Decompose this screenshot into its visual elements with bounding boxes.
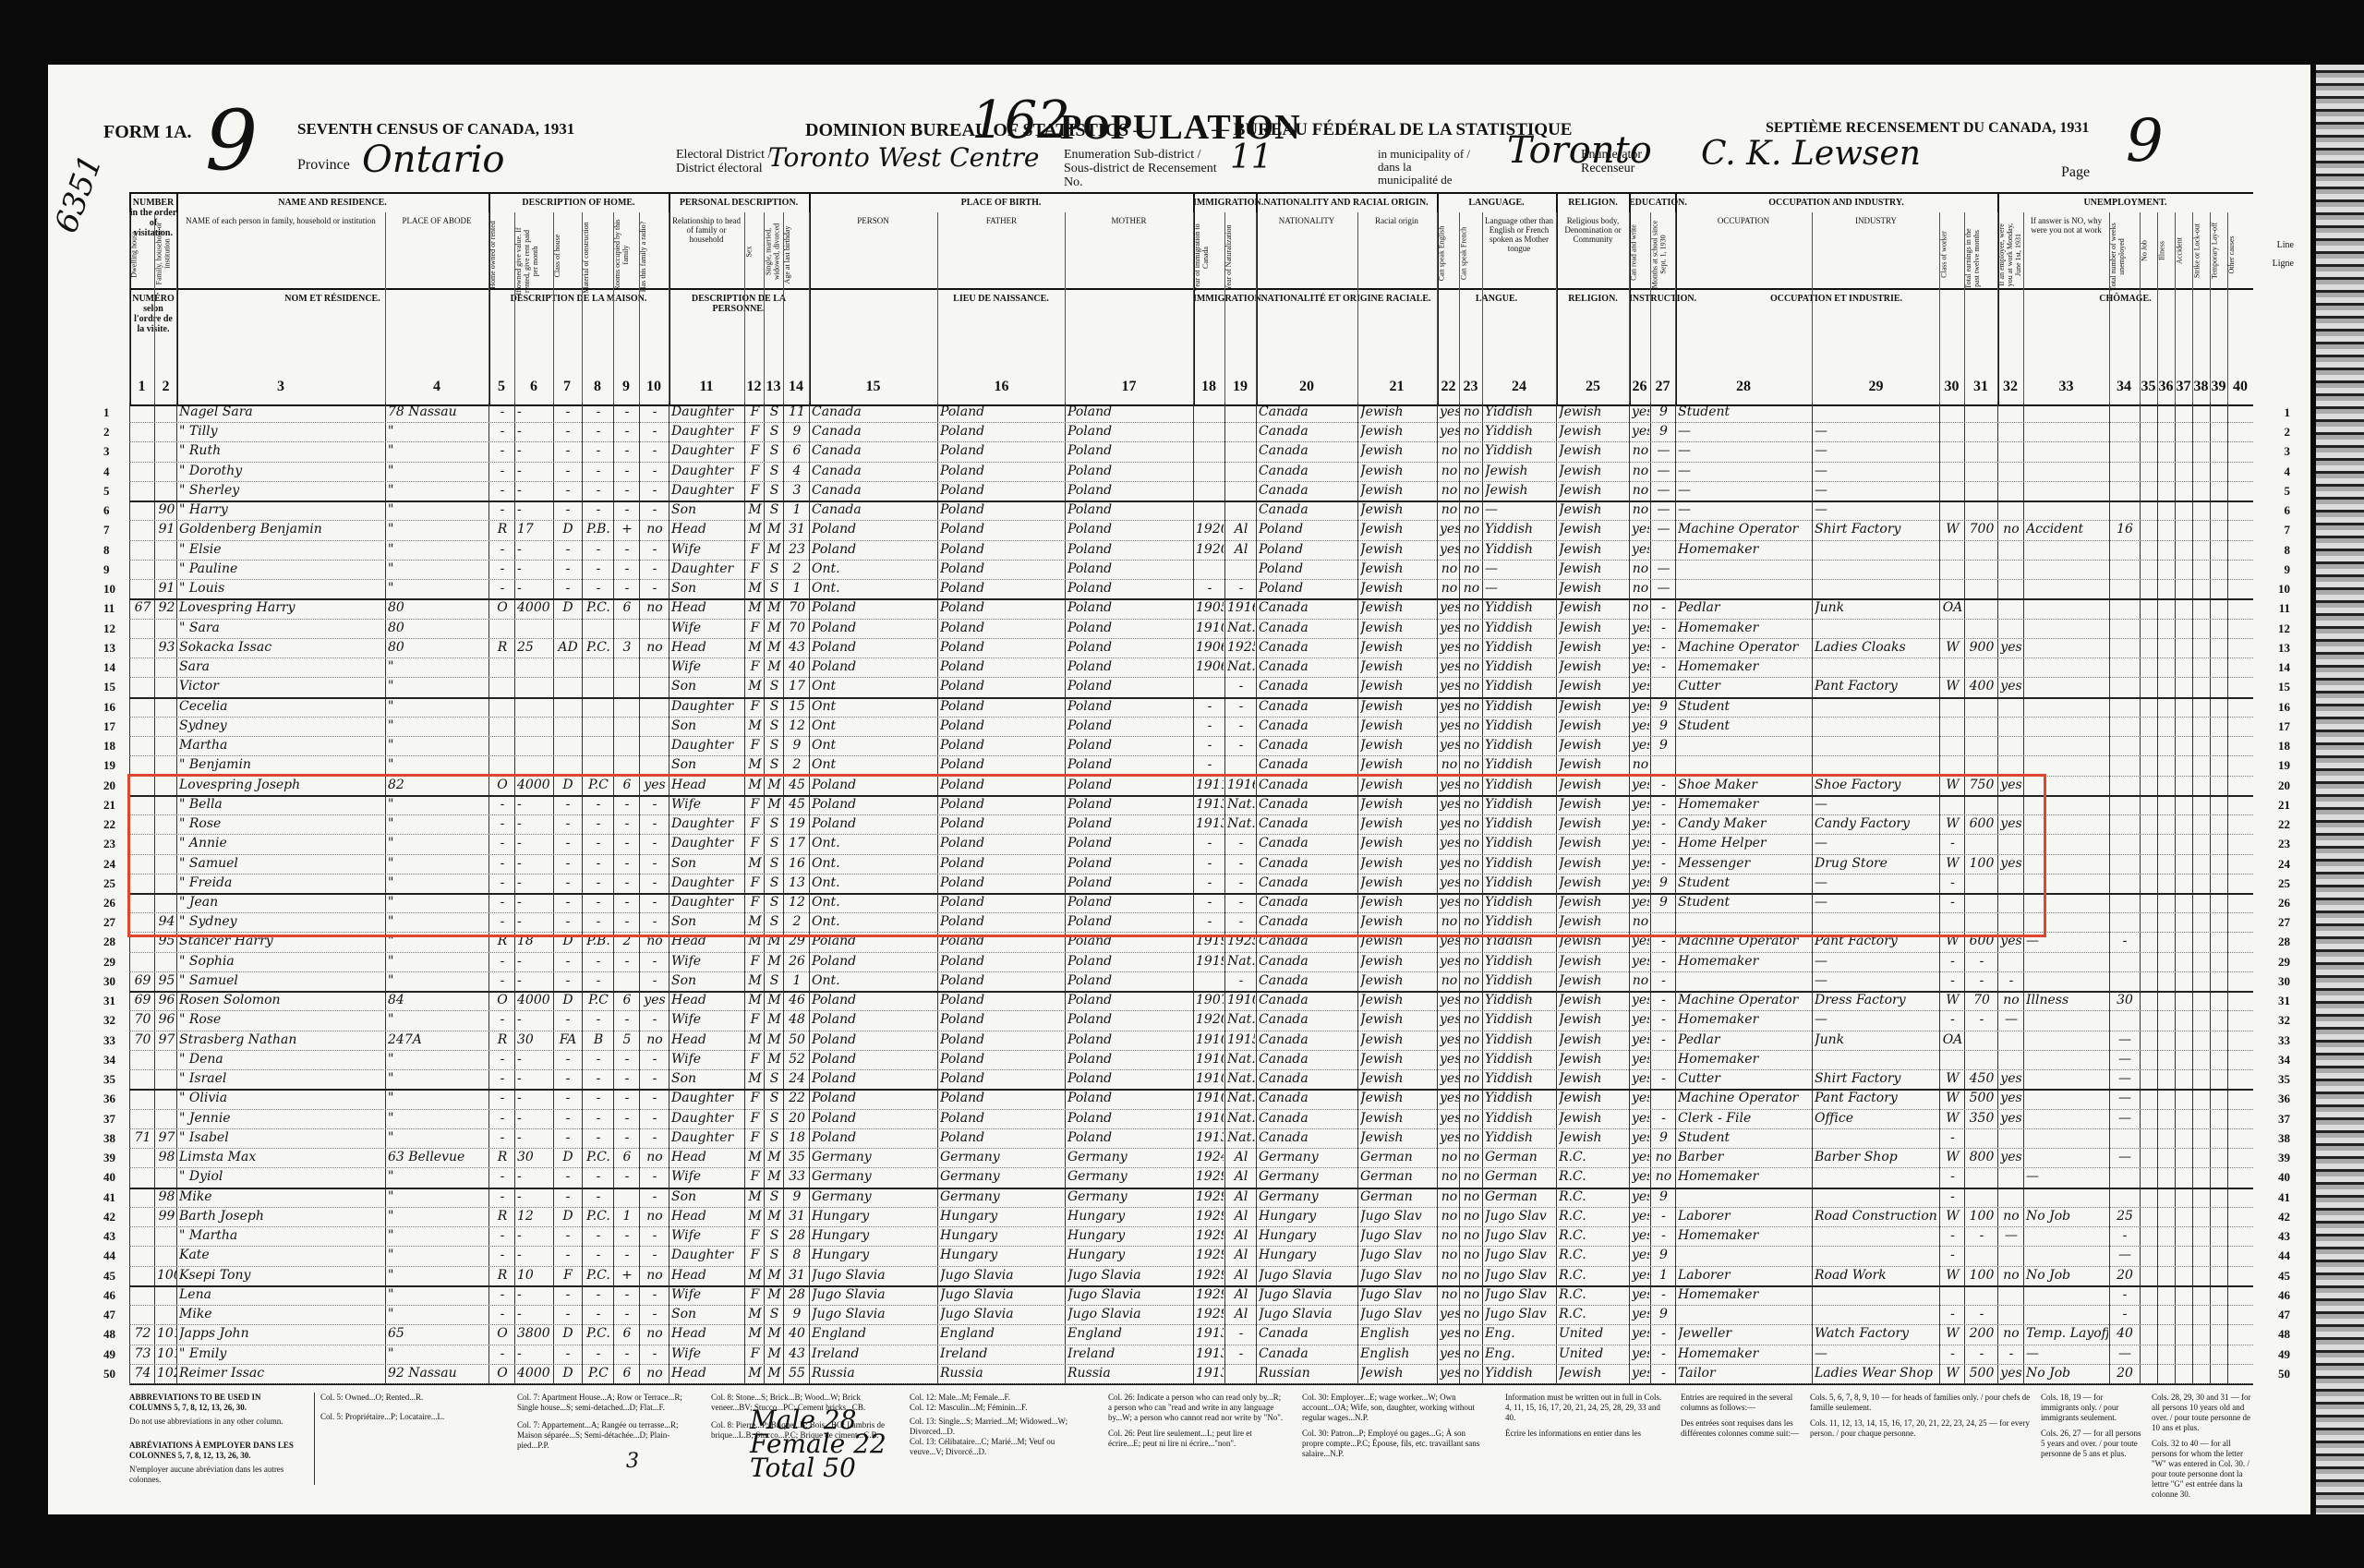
cell-col-20: Canada [1259, 736, 1357, 755]
cell-col-29: — [1815, 501, 1939, 520]
cell-col-5 [491, 755, 513, 775]
cell-col-12: F [747, 422, 763, 441]
column-number-37: 37 [2175, 379, 2192, 395]
cell-col-2: 97 [157, 1031, 176, 1050]
person-name: " Dorothy [179, 462, 384, 481]
cell-col-6: 30 [517, 1148, 552, 1167]
cell-col-2 [157, 874, 176, 893]
cell-col-32: no [2000, 991, 2022, 1010]
cell-col-7: - [556, 462, 580, 481]
cell-col-1 [132, 932, 153, 951]
cell-col-4: " [388, 971, 488, 991]
cell-col-27: - [1653, 991, 1674, 1010]
cell-col-30: - [1942, 1128, 1963, 1148]
cell-col-4: " [388, 1128, 488, 1148]
cell-col-30: - [1942, 834, 1963, 853]
cell-col-12: F [747, 834, 763, 853]
cell-col-30 [1942, 441, 1963, 461]
cell-col-5: O [491, 991, 513, 1010]
cell-col-6: - [517, 540, 552, 560]
cell-col-7 [556, 755, 580, 775]
cell-col-26: yes [1632, 795, 1649, 814]
cell-col-33 [2026, 481, 2108, 501]
cell-col-22: no [1440, 501, 1459, 520]
cell-col-6: 25 [517, 638, 552, 657]
column-number-12: 12 [744, 379, 764, 395]
cell-col-5: - [491, 912, 513, 932]
person-name: Lovespring Joseph [179, 776, 384, 795]
cell-col-31: 100 [1967, 1207, 1996, 1226]
cell-col-13: S [766, 560, 782, 579]
cell-col-15: Poland [812, 619, 936, 638]
person-name: " Jean [179, 893, 384, 912]
cell-col-31: 450 [1967, 1069, 1996, 1089]
cell-col-1 [132, 1246, 153, 1265]
column-divider [2140, 212, 2141, 404]
cell-col-34 [2112, 697, 2138, 717]
cell-col-12: M [747, 776, 763, 795]
cell-col-6: - [517, 893, 552, 912]
cell-col-2 [157, 795, 176, 814]
abbrev-note-fr: N'employer aucune abréviation dans les a… [129, 1465, 305, 1485]
column-divider [1459, 212, 1460, 404]
cell-col-13: S [766, 1246, 782, 1265]
line-number: 27 [103, 915, 115, 930]
cell-col-20: Canada [1259, 932, 1357, 951]
cell-col-21: Jewish [1360, 657, 1435, 677]
cell-col-13: S [766, 834, 782, 853]
cell-col-17: Poland [1067, 697, 1192, 717]
cell-col-9: - [616, 1345, 638, 1364]
line-number-right: 10 [2278, 582, 2290, 597]
line-number: 36 [103, 1092, 115, 1106]
cell-col-22: no [1440, 462, 1459, 481]
person-name: Sokacka Issac [179, 638, 384, 657]
cell-col-27: — [1653, 501, 1674, 520]
cell-col-25: R.C. [1559, 1246, 1629, 1265]
cell-col-18: 1913 [1196, 1345, 1224, 1364]
cell-col-17: Poland [1067, 1031, 1192, 1050]
cell-col-12: M [747, 501, 763, 520]
cell-col-27: 9 [1653, 874, 1674, 893]
cell-col-18: 1910 [1196, 619, 1224, 638]
heads-note: Cols. 5, 6, 7, 8, 9, 10 — for heads of f… [1810, 1393, 2032, 1413]
cell-col-8: - [585, 422, 612, 441]
line-number-right: 42 [2278, 1210, 2290, 1224]
cell-col-4: " [388, 1188, 488, 1207]
cell-col-4: " [388, 1109, 488, 1128]
cell-col-4: 82 [388, 776, 488, 795]
column-number-21: 21 [1357, 379, 1436, 395]
cell-col-6: - [517, 422, 552, 441]
cell-col-14: 45 [786, 795, 808, 814]
cell-col-22: yes [1440, 952, 1459, 971]
cell-col-11: Wife [671, 795, 743, 814]
cell-col-15: Poland [812, 991, 936, 1010]
cell-col-8: - [585, 1188, 612, 1207]
cell-col-25: Jewish [1559, 991, 1629, 1010]
cell-col-16: Poland [940, 462, 1065, 481]
cell-col-12: F [747, 1128, 763, 1148]
cell-col-9: 6 [616, 598, 638, 618]
cell-col-5: - [491, 971, 513, 991]
cell-col-27 [1653, 677, 1674, 696]
cell-col-1 [132, 481, 153, 501]
column-number-39: 39 [2210, 379, 2227, 395]
cell-col-2: 101 [157, 1345, 176, 1364]
cell-col-20: Jugo Slavia [1259, 1285, 1357, 1305]
cell-col-1 [132, 1148, 153, 1167]
cell-col-14: 28 [786, 1285, 808, 1305]
line-number-right: 49 [2278, 1347, 2290, 1362]
cell-col-15: Poland [812, 776, 936, 795]
cell-col-2 [157, 854, 176, 874]
cell-col-5: - [491, 481, 513, 501]
cell-col-24: Yiddish [1485, 598, 1555, 618]
cell-col-11: Son [671, 677, 743, 696]
column-divider [1650, 212, 1651, 404]
cell-col-25: Jewish [1559, 874, 1629, 893]
cell-col-21: Jewish [1360, 422, 1435, 441]
column-number-9: 9 [613, 379, 639, 395]
column-divider [1675, 212, 1676, 404]
person-name: " Pauline [179, 560, 384, 579]
cell-col-33: Illness [2026, 991, 2108, 1010]
cell-col-1: 70 [132, 1031, 153, 1050]
cell-col-27: - [1653, 971, 1674, 991]
cell-col-9: - [616, 579, 638, 598]
cell-col-12: M [747, 971, 763, 991]
person-name: " Samuel [179, 854, 384, 874]
cell-col-16: Russia [940, 1364, 1065, 1383]
cell-col-26: yes [1632, 717, 1649, 736]
cell-col-4: " [388, 893, 488, 912]
cell-col-24: German [1485, 1188, 1555, 1207]
cell-col-32: yes [2000, 854, 2022, 874]
cell-col-6 [517, 755, 552, 775]
cell-col-4: " [388, 1069, 488, 1089]
column-header-33: If answer is NO, why were you not at wor… [2025, 216, 2107, 235]
cell-col-31: - [1967, 1010, 1996, 1030]
cell-col-1 [132, 1285, 153, 1305]
cell-col-32: yes [2000, 1364, 2022, 1383]
cell-col-21: Jugo Slav [1360, 1207, 1435, 1226]
cell-col-19: - [1227, 971, 1255, 991]
cell-col-30: W [1942, 1089, 1963, 1108]
cell-col-10: - [642, 1167, 668, 1187]
cell-col-12: F [747, 441, 763, 461]
cell-col-21: Jewish [1360, 462, 1435, 481]
cell-col-32: yes [2000, 1089, 2022, 1108]
cell-col-2 [157, 441, 176, 461]
cell-col-16: Jugo Slavia [940, 1285, 1065, 1305]
cell-col-8: - [585, 834, 612, 853]
female-count: 22 [853, 1429, 886, 1459]
cell-col-19: 1925 [1227, 932, 1255, 951]
cell-col-28: Homemaker [1678, 795, 1811, 814]
cell-col-23: no [1462, 991, 1481, 1010]
cell-col-4: " [388, 697, 488, 717]
ten-years-note: Cols. 28, 29, 30 and 31 — for all person… [2152, 1393, 2253, 1433]
cell-col-8: P.C. [585, 1266, 612, 1285]
cell-col-7: FA [556, 1031, 580, 1050]
cell-col-6: - [517, 481, 552, 501]
cell-col-19: Nat. [1227, 657, 1255, 677]
column-divider [1065, 212, 1066, 404]
cell-col-19: Al [1227, 1188, 1255, 1207]
cell-col-16: Poland [940, 697, 1065, 717]
cell-col-10: - [642, 971, 668, 991]
cell-col-13: M [766, 1167, 782, 1187]
cell-col-7 [556, 697, 580, 717]
cell-col-24: Jugo Slav [1485, 1285, 1555, 1305]
cell-col-20: Canada [1259, 1109, 1357, 1128]
cell-col-22: yes [1440, 540, 1459, 560]
cell-col-12: M [747, 1188, 763, 1207]
cell-col-1: 67 [132, 598, 153, 618]
cell-col-30: - [1942, 874, 1963, 893]
col26-note: Col. 26: Indicate a person who can read … [1108, 1393, 1284, 1449]
cell-col-23: no [1462, 1089, 1481, 1108]
cell-col-10: - [642, 422, 668, 441]
cell-col-14: 28 [786, 1226, 808, 1246]
column-header-2: Family, household or institution [154, 217, 177, 291]
cell-col-24: Eng. [1485, 1324, 1555, 1344]
cell-col-8: - [585, 1128, 612, 1148]
cell-col-14: 26 [786, 952, 808, 971]
line-number: 48 [103, 1327, 115, 1342]
cell-col-14: 24 [786, 1069, 808, 1089]
cell-col-20: Hungary [1259, 1226, 1357, 1246]
cell-col-18 [1196, 441, 1224, 461]
cell-col-7 [556, 619, 580, 638]
cell-col-23: no [1462, 1050, 1481, 1069]
column-number-13: 13 [764, 379, 783, 395]
cell-col-27: - [1653, 1364, 1674, 1383]
cell-col-6: 4000 [517, 991, 552, 1010]
cell-col-29: Watch Factory [1815, 1324, 1939, 1344]
every-person-note: Cols. 11, 12, 13, 14, 15, 16, 17, 20, 21… [1810, 1418, 2032, 1439]
cell-col-7: - [556, 854, 580, 874]
census-row: 55" Sherley"------DaughterFS3CanadaPolan… [129, 481, 2253, 502]
cell-col-8: - [585, 795, 612, 814]
cell-col-2 [157, 814, 176, 834]
group-header-fr: LIEU DE NAISSANCE. [809, 294, 1193, 304]
cell-col-16: Poland [940, 991, 1065, 1010]
cell-col-24: Yiddish [1485, 736, 1555, 755]
cell-col-2 [157, 697, 176, 717]
line-number-right: 35 [2278, 1072, 2290, 1087]
line-number: 35 [103, 1072, 115, 1087]
cell-col-19: 1916 [1227, 776, 1255, 795]
cell-col-10: - [642, 403, 668, 422]
census-row: 131393Sokacka Issac80R25ADP.C.3noHeadMM4… [129, 638, 2253, 658]
column-header-23: Can speak French [1459, 217, 1482, 291]
cell-col-8: - [585, 1069, 612, 1089]
cell-col-15: Poland [812, 1128, 936, 1148]
person-name: " Annie [179, 834, 384, 853]
cell-col-33: No Job [2026, 1207, 2108, 1226]
cell-col-5: - [491, 1246, 513, 1265]
cell-col-30: W [1942, 677, 1963, 696]
cell-col-16: Hungary [940, 1207, 1065, 1226]
cell-col-9: - [616, 834, 638, 853]
cell-col-30: W [1942, 991, 1963, 1010]
cell-col-4: " [388, 717, 488, 736]
cell-col-29 [1815, 736, 1939, 755]
cell-col-19 [1227, 1364, 1255, 1383]
line-number-right: 6 [2285, 503, 2291, 518]
column-divider [2023, 212, 2024, 404]
cell-col-4: 80 [388, 619, 488, 638]
cell-col-30: W [1942, 1069, 1963, 1089]
census-row: 494973101" Emily"------WifeFM43IrelandIr… [129, 1345, 2253, 1365]
cell-col-24: Yiddish [1485, 1364, 1555, 1383]
cell-col-28: Homemaker [1678, 540, 1811, 560]
line-number: 30 [103, 974, 115, 989]
cell-col-18: - [1196, 854, 1224, 874]
municipality-label: in municipality of / dans la municipalit… [1378, 148, 1470, 187]
cell-col-20: Canada [1259, 462, 1357, 481]
column-header-7: Class of house [553, 219, 581, 293]
column-divider [764, 212, 765, 404]
cell-col-2 [157, 1305, 176, 1324]
abbrev-title-fr: ABRÉVIATIONS À EMPLOYER DANS LES COLONNE… [129, 1441, 305, 1461]
cell-col-29 [1815, 619, 1939, 638]
cell-col-2: 95 [157, 932, 176, 951]
column-divider [1193, 212, 1194, 404]
cell-col-8: - [585, 481, 612, 501]
cell-col-20: Canada [1259, 795, 1357, 814]
cell-col-15: Hungary [812, 1246, 936, 1265]
cell-col-32: yes [2000, 1109, 2022, 1128]
line-number: 4 [103, 464, 110, 479]
line-number: 46 [103, 1288, 115, 1303]
cell-col-29: Office [1815, 1109, 1939, 1128]
cell-col-10: yes [642, 776, 668, 795]
column-divider [2210, 212, 2211, 404]
column-number-30: 30 [1939, 379, 1964, 395]
cell-col-33 [2026, 814, 2108, 834]
cell-col-32: yes [2000, 1148, 2022, 1167]
cell-col-9: - [616, 1226, 638, 1246]
line-number: 24 [103, 857, 115, 872]
cell-col-7: - [556, 1188, 580, 1207]
cell-col-23: no [1462, 1031, 1481, 1050]
column-number-29: 29 [1812, 379, 1940, 395]
line-number: 50 [103, 1367, 115, 1381]
cell-col-18: 1929 [1196, 1266, 1224, 1285]
cell-col-7: - [556, 795, 580, 814]
cell-col-21: Jewish [1360, 697, 1435, 717]
line-number-right: 16 [2278, 700, 2290, 715]
cell-col-25: R.C. [1559, 1305, 1629, 1324]
line-number: 5 [103, 484, 110, 499]
column-header-37: Accident [2175, 214, 2192, 288]
cell-col-19: - [1227, 874, 1255, 893]
cell-col-9: - [616, 874, 638, 893]
column-divider [1224, 212, 1225, 404]
cell-col-32 [2000, 834, 2022, 853]
cell-col-20: Canada [1259, 638, 1357, 657]
cell-col-1: 71 [132, 1128, 153, 1148]
cell-col-1 [132, 834, 153, 853]
line-number-right: 41 [2278, 1190, 2290, 1205]
cell-col-31: 350 [1967, 1109, 1996, 1128]
cell-col-18: 1919 [1196, 952, 1224, 971]
cell-col-24: — [1485, 501, 1555, 520]
cell-col-29 [1815, 540, 1939, 560]
group-header-fr: CHÔMAGE. [1997, 294, 2253, 304]
cell-col-8: P.C. [585, 1324, 612, 1344]
line-number: 15 [103, 680, 115, 694]
column-header-6: If owned give value. If rented, give ren… [514, 224, 553, 298]
cell-col-25: Jewish [1559, 932, 1629, 951]
cell-col-32 [2000, 893, 2022, 912]
five-years-note: Cols. 26, 27 — for all persons 5 years a… [2041, 1429, 2142, 1459]
cell-col-6 [517, 717, 552, 736]
cell-col-17: England [1067, 1324, 1192, 1344]
cell-col-7: - [556, 560, 580, 579]
cell-col-34 [2112, 540, 2138, 560]
ligne-label: Ligne [2273, 259, 2294, 269]
line-number-right: 3 [2285, 444, 2291, 459]
cell-col-13: M [766, 657, 782, 677]
cell-col-15: Canada [812, 403, 936, 422]
cell-col-28: Homemaker [1678, 619, 1811, 638]
person-name: Strasberg Nathan [179, 1031, 384, 1050]
cell-col-33 [2026, 736, 2108, 755]
cell-col-20: Canada [1259, 776, 1357, 795]
cell-col-5: - [491, 1167, 513, 1187]
cell-col-7: - [556, 579, 580, 598]
cell-col-26: yes [1632, 952, 1649, 971]
cell-col-9: 5 [616, 1031, 638, 1050]
cell-col-28: Student [1678, 697, 1811, 717]
column-header-32: If an employee, were you at work Monday,… [1997, 218, 2023, 292]
cell-col-6: - [517, 952, 552, 971]
cell-col-6: - [517, 1345, 552, 1364]
cell-col-19 [1227, 441, 1255, 461]
cell-col-20: Canada [1259, 1345, 1357, 1364]
cell-col-28: Student [1678, 717, 1811, 736]
cell-col-4: 84 [388, 991, 488, 1010]
cell-col-6: - [517, 1305, 552, 1324]
cell-col-28 [1678, 560, 1811, 579]
cell-col-22: yes [1440, 1324, 1459, 1344]
line-number: 11 [103, 601, 115, 616]
cell-col-20: Canada [1259, 814, 1357, 834]
cell-col-9: 6 [616, 776, 638, 795]
cell-col-10: - [642, 560, 668, 579]
cell-col-30: - [1942, 1167, 1963, 1187]
cell-col-9: - [616, 403, 638, 422]
column-header-10: Has this family a radio? [639, 220, 669, 294]
cell-col-23: no [1462, 422, 1481, 441]
census-row: 38387197" Isabel"------DaughterFS18Polan… [129, 1128, 2253, 1149]
cell-col-31 [1967, 501, 1996, 520]
group-header-en: UNEMPLOYMENT. [1997, 198, 2253, 208]
census-row: 22" Tilly"------DaughterFS9CanadaPolandP… [129, 422, 2253, 442]
cell-col-21: Jewish [1360, 1109, 1435, 1128]
cell-col-2 [157, 1089, 176, 1108]
cell-col-6: - [517, 1128, 552, 1148]
cell-col-27: 9 [1653, 893, 1674, 912]
cell-col-24: Yiddish [1485, 422, 1555, 441]
cell-col-12: M [747, 991, 763, 1010]
cell-col-16: Poland [940, 932, 1065, 951]
cell-col-30: W [1942, 1148, 1963, 1167]
